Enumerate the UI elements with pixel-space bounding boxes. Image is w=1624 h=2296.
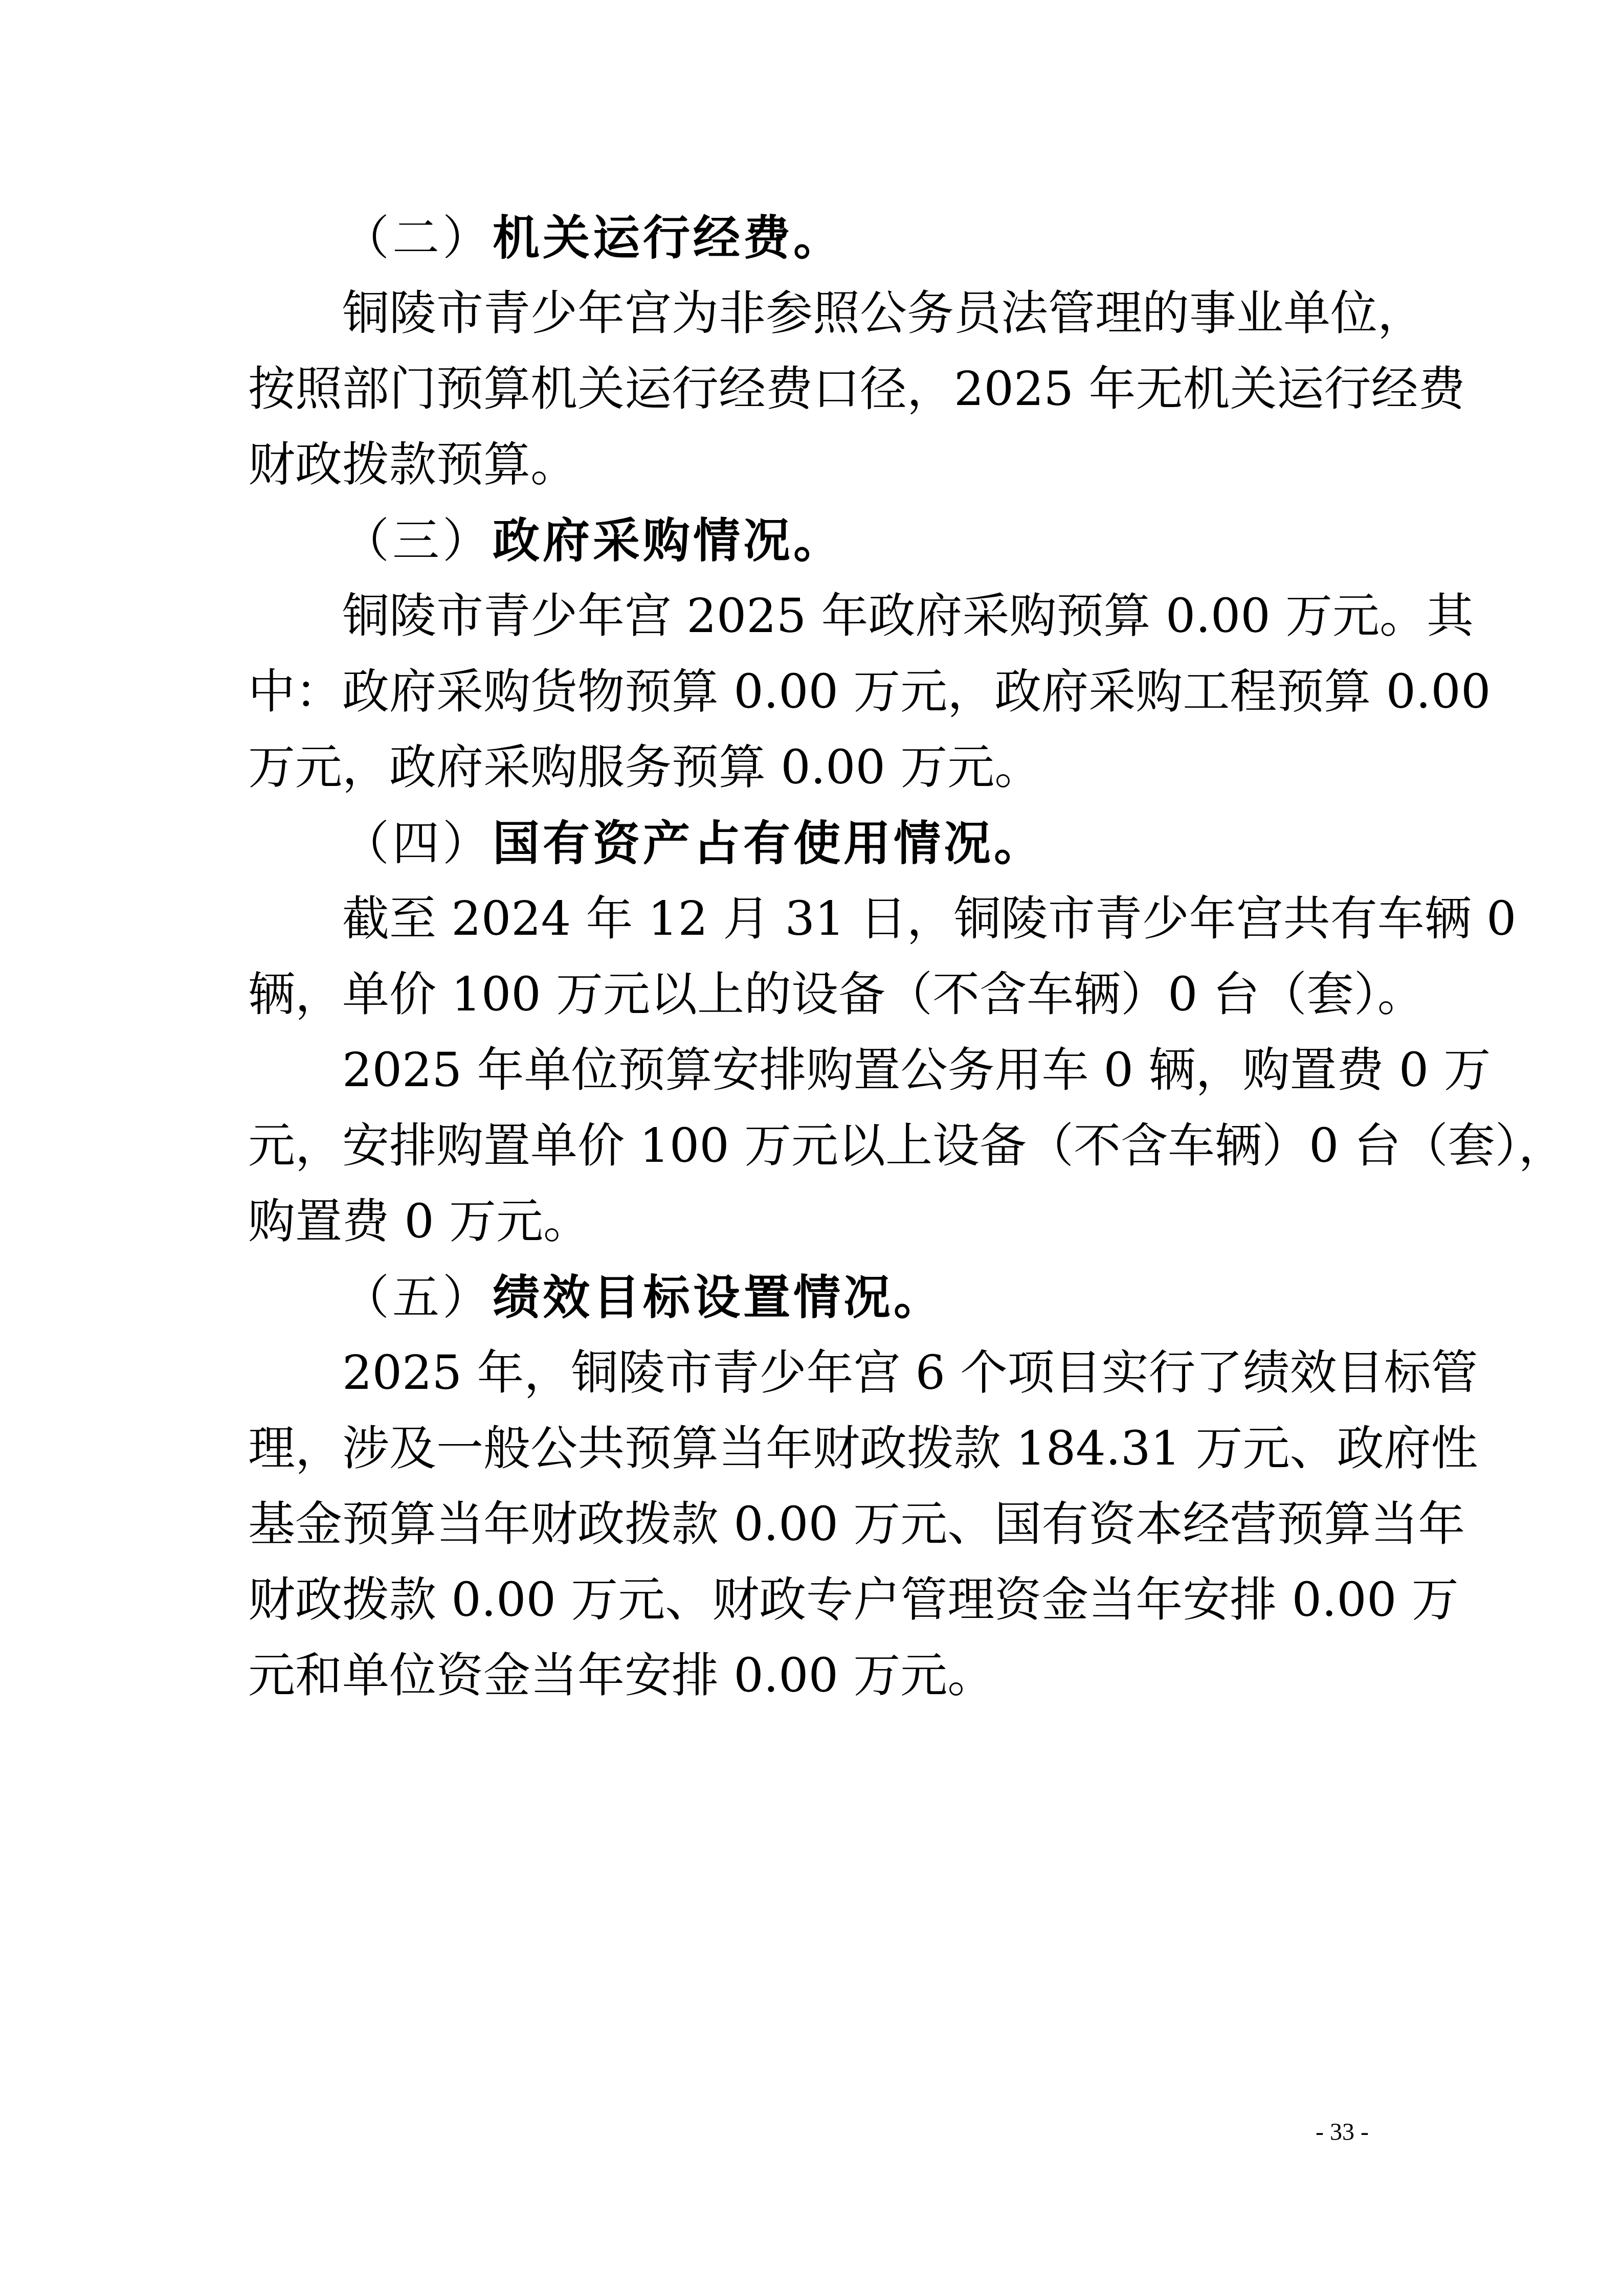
- section-heading-performance-targets: （五）绩效目标设置情况。: [342, 1269, 944, 1325]
- paragraph-line: 购置费 0 万元。: [248, 1194, 590, 1250]
- paragraph-line: 万元，政府采购服务预算 0.00 万元。: [248, 739, 1041, 796]
- section-heading-state-assets: （四）国有资产占有使用情况。: [342, 815, 1044, 871]
- paragraph-line: 辆，单价 100 万元以上的设备（不含车辆）0 台（套）。: [248, 966, 1425, 1023]
- paragraph-line: 截至 2024 年 12 月 31 日，铜陵市青少年宫共有车辆 0: [342, 891, 1378, 947]
- section-heading-agency-operating-expenses: （二）机关运行经费。: [342, 210, 843, 266]
- heading-number: （三）: [342, 513, 493, 568]
- heading-text: 政府采购情况。: [493, 513, 843, 568]
- paragraph-line: 基金预算当年财政拨款 0.00 万元、国有资本经营预算当年: [248, 1496, 1378, 1552]
- paragraph-line: 铜陵市青少年宫为非参照公务员法管理的事业单位，: [342, 285, 1378, 342]
- section-heading-government-procurement: （三）政府采购情况。: [342, 512, 843, 569]
- paragraph-line: 按照部门预算机关运行经费口径，2025 年无机关运行经费: [248, 361, 1378, 417]
- paragraph-line: 理，涉及一般公共预算当年财政拨款 184.31 万元、政府性: [248, 1421, 1378, 1477]
- heading-number: （二）: [342, 211, 493, 265]
- paragraph-line: 铜陵市青少年宫 2025 年政府采购预算 0.00 万元。其: [342, 588, 1378, 644]
- paragraph-line: 中：政府采购货物预算 0.00 万元，政府采购工程预算 0.00: [248, 664, 1378, 720]
- heading-text: 机关运行经费。: [493, 210, 843, 265]
- paragraph-line: 财政拨款预算。: [248, 437, 577, 493]
- paragraph-line: 元，安排购置单价 100 万元以上设备（不含车辆）0 台（套），: [248, 1118, 1378, 1174]
- paragraph-line: 2025 年，铜陵市青少年宫 6 个项目实行了绩效目标管: [342, 1345, 1378, 1401]
- heading-number: （五）: [342, 1270, 493, 1325]
- page-number: - 33 -: [1316, 2117, 1369, 2148]
- heading-text: 国有资产占有使用情况。: [493, 816, 1044, 871]
- paragraph-line: 2025 年单位预算安排购置公务用车 0 辆，购置费 0 万: [342, 1042, 1378, 1098]
- heading-number: （四）: [342, 816, 493, 871]
- paragraph-line: 元和单位资金当年安排 0.00 万元。: [248, 1648, 994, 1704]
- heading-text: 绩效目标设置情况。: [493, 1270, 944, 1325]
- paragraph-line: 财政拨款 0.00 万元、财政专户管理资金当年安排 0.00 万: [248, 1572, 1378, 1628]
